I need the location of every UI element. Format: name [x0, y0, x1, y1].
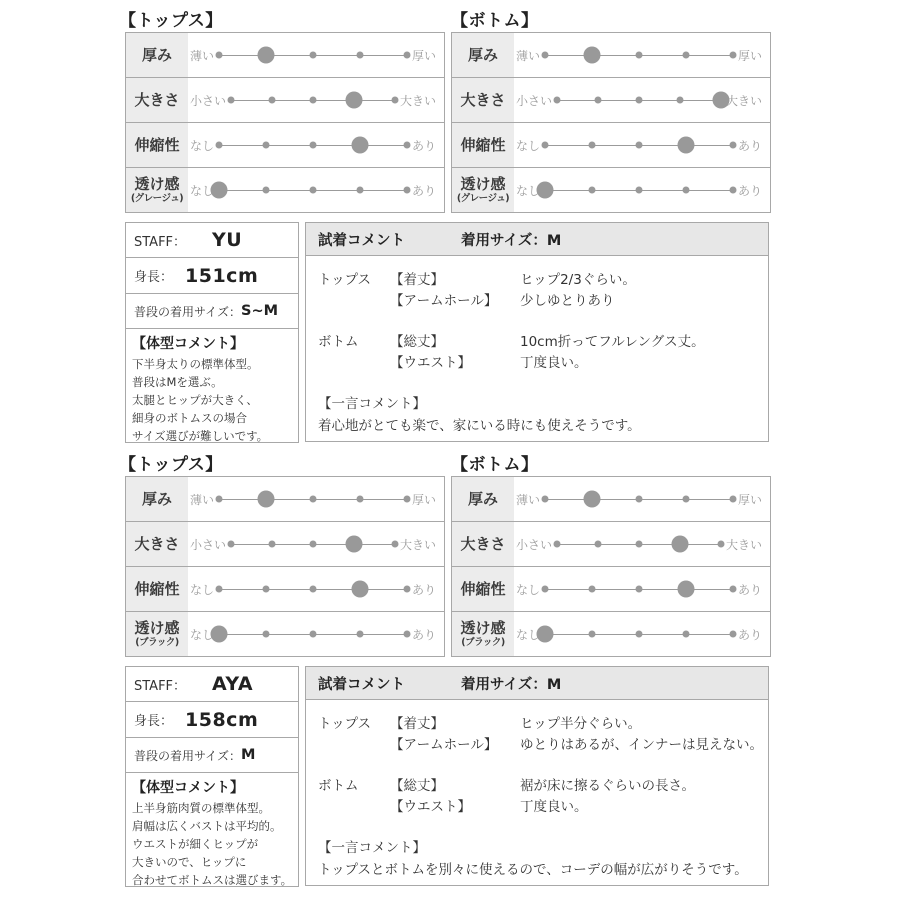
- tops-panel-title: 【トップス】: [119, 6, 223, 31]
- rating-dots: [545, 123, 733, 167]
- rating-dot: [310, 142, 317, 149]
- rating-row-label: 透け感(グレージュ): [452, 168, 514, 212]
- usual-size-label: 普段の着用サイズ：: [134, 303, 241, 320]
- rating-dots: [219, 168, 407, 212]
- scale-max-label: あり: [412, 137, 436, 154]
- comment-texts: ヒップ半分ぐらい。ゆとりはあるが、インナーは見えない。: [520, 714, 764, 756]
- rating-dot: [554, 541, 561, 548]
- usual-size-label: 普段の着用サイズ：: [134, 747, 241, 764]
- row-label-text: 伸縮性: [460, 137, 505, 154]
- selected-rating-dot: [537, 182, 554, 199]
- rating-dot: [682, 631, 689, 638]
- rating-row-sheerness: 透け感(グレージュ) なしあり: [452, 168, 770, 212]
- rating-dots: [219, 612, 407, 656]
- comment-part: 【着丈】: [390, 270, 520, 291]
- rating-dot: [356, 631, 363, 638]
- scale-min-label: 小さい: [190, 92, 226, 109]
- one-word-comment: 【一言コメント】 トップスとボトムを別々に使えるので、コーデの幅が広がりそうです…: [318, 838, 764, 881]
- rating-dots: [231, 78, 395, 122]
- comment-part: 【ウエスト】: [390, 353, 520, 374]
- scale-max-label: あり: [412, 182, 436, 199]
- rating-dot: [216, 496, 223, 503]
- one-word-comment-text: トップスとボトムを別々に使えるので、コーデの幅が広がりそうです。: [318, 860, 764, 881]
- staff-info-table: STAFF：YU 身長：151cm 普段の着用サイズ：S~M 【体型コメント】 …: [125, 222, 299, 443]
- rating-dot: [391, 541, 398, 548]
- rating-dot: [263, 142, 270, 149]
- row-label-text: 透け感: [134, 620, 179, 637]
- comment-part: 【総丈】: [390, 332, 520, 353]
- row-label-sub: (ブラック): [135, 638, 179, 648]
- rating-dot: [682, 52, 689, 59]
- comment-text: 丁度良い。: [520, 353, 764, 374]
- rating-dot: [356, 187, 363, 194]
- rating-dot: [595, 97, 602, 104]
- rating-dot: [729, 52, 736, 59]
- scale-min-label: 薄い: [190, 491, 214, 508]
- body-type-comment: 【体型コメント】 下半身太りの標準体型。 普段はMを選ぶ。 太腿とヒップが大きく…: [126, 329, 298, 442]
- selected-rating-dot: [351, 137, 368, 154]
- tops-rating-panel: 厚み 薄い厚い 大きさ 小さい大きい 伸縮性 なしあり 透け感(ブラック) なし…: [125, 476, 445, 657]
- comment-texts: ヒップ2/3ぐらい。少しゆとりあり: [520, 270, 764, 312]
- selected-rating-dot: [211, 182, 228, 199]
- rating-row-thickness: 厚み 薄い厚い: [126, 477, 444, 522]
- comment-part: 【着丈】: [390, 714, 520, 735]
- row-label-text: 大きさ: [460, 536, 505, 553]
- comment-item-label: ボトム: [318, 332, 390, 374]
- rating-dots: [545, 477, 733, 521]
- rating-dot: [228, 97, 235, 104]
- rating-dots: [219, 477, 407, 521]
- rating-dots: [545, 168, 733, 212]
- scale-min-label: 小さい: [516, 536, 552, 553]
- staff-name-row: STAFF：YU: [126, 223, 298, 258]
- rating-dot: [403, 52, 410, 59]
- staff-review-section-aya: 【トップス】 【ボトム】 厚み 薄い厚い 大きさ 小さい大きい 伸縮性 なしあり…: [0, 450, 900, 894]
- scale-min-label: なし: [516, 581, 540, 598]
- body-type-line: 下半身太りの標準体型。: [132, 355, 293, 373]
- rating-dot: [542, 52, 549, 59]
- staff-usual-size-row: 普段の着用サイズ：S~M: [126, 294, 298, 329]
- tops-comment-group: トップス 【着丈】【アームホール】 ヒップ2/3ぐらい。少しゆとりあり: [318, 270, 764, 312]
- rating-dot: [310, 97, 317, 104]
- comment-part-labels: 【着丈】【アームホール】: [390, 270, 520, 312]
- rating-dot: [589, 631, 596, 638]
- rating-scale: 薄い厚い: [514, 33, 770, 77]
- scale-min-label: なし: [190, 581, 214, 598]
- body-type-line: サイズ選びが難しいです。: [132, 427, 293, 445]
- selected-rating-dot: [584, 47, 601, 64]
- scale-max-label: 大きい: [400, 92, 436, 109]
- body-type-line: 大きいので、ヒップに: [132, 853, 293, 871]
- rating-scale: 小さい大きい: [514, 78, 770, 122]
- height-value: 158cm: [185, 709, 258, 731]
- rating-row-thickness: 厚み 薄い厚い: [452, 33, 770, 78]
- rating-dot: [263, 586, 270, 593]
- scale-min-label: 薄い: [516, 491, 540, 508]
- rating-scale: なしあり: [188, 168, 444, 212]
- row-label-text: 大きさ: [460, 92, 505, 109]
- rating-dot: [636, 541, 643, 548]
- comment-texts: 裾が床に擦るぐらいの長さ。丁度良い。: [520, 776, 764, 818]
- fitting-comment-title: 試着コメント: [318, 229, 405, 250]
- scale-min-label: 小さい: [516, 92, 552, 109]
- rating-dot: [356, 52, 363, 59]
- rating-dot: [729, 142, 736, 149]
- rating-row-label: 伸縮性: [452, 567, 514, 611]
- scale-max-label: あり: [738, 182, 762, 199]
- rating-dot: [554, 97, 561, 104]
- row-label-text: 透け感: [460, 620, 505, 637]
- rating-dot: [636, 631, 643, 638]
- rating-row-label: 透け感(ブラック): [452, 612, 514, 656]
- rating-row-label: 伸縮性: [126, 123, 188, 167]
- selected-rating-dot: [712, 92, 729, 109]
- rating-dot: [636, 52, 643, 59]
- rating-scale: なしあり: [188, 567, 444, 611]
- rating-dot: [310, 496, 317, 503]
- body-type-line: 細身のボトムスの場合: [132, 409, 293, 427]
- one-word-comment-text: 着心地がとても楽で、家にいる時にも使えそうです。: [318, 416, 764, 437]
- scale-min-label: 小さい: [190, 536, 226, 553]
- rating-dot: [310, 187, 317, 194]
- row-label-text: 厚み: [142, 47, 172, 64]
- selected-rating-dot: [345, 92, 362, 109]
- staff-height-row: 身長：151cm: [126, 258, 298, 294]
- row-label-sub: (ブラック): [461, 638, 505, 648]
- rating-dot: [263, 187, 270, 194]
- scale-max-label: あり: [738, 626, 762, 643]
- height-label: 身長：: [134, 266, 173, 285]
- tops-rating-panel: 厚み 薄い厚い 大きさ 小さい大きい 伸縮性 なしあり 透け感(グレージュ) な…: [125, 32, 445, 213]
- staff-usual-size-row: 普段の着用サイズ：M: [126, 738, 298, 773]
- rating-row-label: 厚み: [126, 33, 188, 77]
- rating-dot: [542, 586, 549, 593]
- rating-dot: [636, 496, 643, 503]
- staff-height-row: 身長：158cm: [126, 702, 298, 738]
- rating-dots: [545, 33, 733, 77]
- scale-max-label: あり: [412, 626, 436, 643]
- selected-rating-dot: [345, 536, 362, 553]
- rating-dot: [595, 541, 602, 548]
- rating-dot: [636, 142, 643, 149]
- rating-dots: [219, 123, 407, 167]
- rating-row-label: 大きさ: [452, 522, 514, 566]
- comment-item-label: トップス: [318, 270, 390, 312]
- selected-rating-dot: [677, 581, 694, 598]
- comment-text: ヒップ2/3ぐらい。: [520, 270, 764, 291]
- rating-row-size: 大きさ 小さい大きい: [452, 78, 770, 123]
- row-label-text: 厚み: [468, 47, 498, 64]
- rating-dot: [542, 496, 549, 503]
- comment-part-labels: 【総丈】【ウエスト】: [390, 776, 520, 818]
- comment-text: 10cm折ってフルレングス丈。: [520, 332, 764, 353]
- selected-rating-dot: [351, 581, 368, 598]
- comment-part: 【総丈】: [390, 776, 520, 797]
- rating-dot: [682, 187, 689, 194]
- rating-dot: [589, 187, 596, 194]
- rating-dots: [557, 78, 721, 122]
- rating-row-label: 大きさ: [126, 522, 188, 566]
- comment-part-labels: 【着丈】【アームホール】: [390, 714, 520, 756]
- fitting-comment-box: 試着コメント着用サイズ：M トップス 【着丈】【アームホール】 ヒップ半分ぐらい…: [305, 666, 769, 886]
- rating-row-label: 大きさ: [452, 78, 514, 122]
- staff-name: AYA: [212, 673, 253, 695]
- body-type-line: 上半身筋肉質の標準体型。: [132, 799, 293, 817]
- rating-row-sheerness: 透け感(ブラック) なしあり: [126, 612, 444, 656]
- scale-min-label: 薄い: [516, 47, 540, 64]
- rating-scale: 薄い厚い: [188, 477, 444, 521]
- staff-label: STAFF：: [134, 231, 186, 250]
- usual-size-value: S~M: [241, 303, 278, 319]
- rating-row-stretch: 伸縮性 なしあり: [126, 567, 444, 612]
- comment-part-labels: 【総丈】【ウエスト】: [390, 332, 520, 374]
- rating-dot: [216, 586, 223, 593]
- body-type-line: 普段はMを選ぶ。: [132, 373, 293, 391]
- one-word-comment-title: 【一言コメント】: [318, 394, 764, 415]
- bottom-panel-title: 【ボトム】: [451, 6, 539, 31]
- bottom-panel-title: 【ボトム】: [451, 450, 539, 475]
- row-label-text: 厚み: [142, 491, 172, 508]
- scale-max-label: 大きい: [400, 536, 436, 553]
- scale-max-label: あり: [738, 581, 762, 598]
- comment-part: 【アームホール】: [390, 291, 520, 312]
- rating-scale: なしあり: [514, 612, 770, 656]
- rating-dots: [219, 33, 407, 77]
- rating-dot: [269, 97, 276, 104]
- rating-dot: [589, 142, 596, 149]
- rating-dot: [310, 541, 317, 548]
- rating-scale: なしあり: [514, 123, 770, 167]
- rating-dot: [269, 541, 276, 548]
- one-word-comment: 【一言コメント】 着心地がとても楽で、家にいる時にも使えそうです。: [318, 394, 764, 437]
- comment-text: 裾が床に擦るぐらいの長さ。: [520, 776, 764, 797]
- rating-dot: [310, 586, 317, 593]
- rating-dot: [589, 586, 596, 593]
- bottom-rating-panel: 厚み 薄い厚い 大きさ 小さい大きい 伸縮性 なしあり 透け感(グレージュ) な…: [451, 32, 771, 213]
- rating-row-size: 大きさ 小さい大きい: [126, 522, 444, 567]
- rating-row-label: 伸縮性: [452, 123, 514, 167]
- rating-scale: 小さい大きい: [188, 522, 444, 566]
- comment-text: ゆとりはあるが、インナーは見えない。: [520, 735, 764, 756]
- rating-scale: なしあり: [514, 567, 770, 611]
- rating-dot: [636, 97, 643, 104]
- scale-max-label: 厚い: [738, 491, 762, 508]
- rating-dot: [717, 541, 724, 548]
- fitting-comment-title: 試着コメント: [318, 673, 405, 694]
- rating-row-size: 大きさ 小さい大きい: [452, 522, 770, 567]
- selected-rating-dot: [211, 626, 228, 643]
- bottom-comment-group: ボトム 【総丈】【ウエスト】 10cm折ってフルレングス丈。丁度良い。: [318, 332, 764, 374]
- rating-dot: [729, 496, 736, 503]
- rating-row-label: 厚み: [452, 477, 514, 521]
- rating-scale: なしあり: [188, 123, 444, 167]
- rating-row-sheerness: 透け感(グレージュ) なしあり: [126, 168, 444, 212]
- rating-dot: [682, 496, 689, 503]
- rating-dot: [636, 586, 643, 593]
- rating-dot: [356, 496, 363, 503]
- row-label-text: 伸縮性: [134, 581, 179, 598]
- row-label-text: 大きさ: [134, 92, 179, 109]
- rating-row-sheerness: 透け感(ブラック) なしあり: [452, 612, 770, 656]
- row-label-text: 透け感: [134, 176, 179, 193]
- selected-rating-dot: [258, 491, 275, 508]
- comment-part: 【アームホール】: [390, 735, 520, 756]
- rating-dot: [403, 142, 410, 149]
- comment-text: 丁度良い。: [520, 797, 764, 818]
- scale-min-label: なし: [190, 137, 214, 154]
- tops-comment-group: トップス 【着丈】【アームホール】 ヒップ半分ぐらい。ゆとりはあるが、インナーは…: [318, 714, 764, 756]
- comment-texts: 10cm折ってフルレングス丈。丁度良い。: [520, 332, 764, 374]
- fitting-comment-body: トップス 【着丈】【アームホール】 ヒップ2/3ぐらい。少しゆとりあり ボトム …: [306, 256, 768, 437]
- bottom-comment-group: ボトム 【総丈】【ウエスト】 裾が床に擦るぐらいの長さ。丁度良い。: [318, 776, 764, 818]
- scale-max-label: 大きい: [726, 536, 762, 553]
- rating-scale: 小さい大きい: [188, 78, 444, 122]
- rating-dot: [228, 541, 235, 548]
- selected-rating-dot: [677, 137, 694, 154]
- one-word-comment-title: 【一言コメント】: [318, 838, 764, 859]
- rating-dot: [403, 586, 410, 593]
- comment-text: ヒップ半分ぐらい。: [520, 714, 764, 735]
- comment-item-label: トップス: [318, 714, 390, 756]
- row-label-sub: (グレージュ): [131, 194, 183, 204]
- selected-rating-dot: [584, 491, 601, 508]
- fitting-comment-body: トップス 【着丈】【アームホール】 ヒップ半分ぐらい。ゆとりはあるが、インナーは…: [306, 700, 768, 881]
- row-label-sub: (グレージュ): [457, 194, 509, 204]
- staff-label: STAFF：: [134, 675, 186, 694]
- rating-row-label: 透け感(ブラック): [126, 612, 188, 656]
- rating-dot: [216, 142, 223, 149]
- scale-min-label: なし: [516, 137, 540, 154]
- row-label-text: 厚み: [468, 491, 498, 508]
- rating-dot: [403, 187, 410, 194]
- body-type-title: 【体型コメント】: [132, 333, 293, 353]
- staff-name-row: STAFF：AYA: [126, 667, 298, 702]
- scale-max-label: 厚い: [412, 47, 436, 64]
- rating-dot: [310, 631, 317, 638]
- fitting-comment-header: 試着コメント着用サイズ：M: [306, 667, 768, 700]
- rating-dots: [545, 612, 733, 656]
- rating-dot: [310, 52, 317, 59]
- fitting-comment-header: 試着コメント着用サイズ：M: [306, 223, 768, 256]
- rating-row-stretch: 伸縮性 なしあり: [452, 567, 770, 612]
- rating-dot: [729, 586, 736, 593]
- rating-dots: [545, 567, 733, 611]
- rating-scale: なしあり: [188, 612, 444, 656]
- staff-name: YU: [212, 229, 242, 251]
- height-label: 身長：: [134, 710, 173, 729]
- rating-dot: [403, 631, 410, 638]
- body-type-title: 【体型コメント】: [132, 777, 293, 797]
- scale-max-label: 厚い: [738, 47, 762, 64]
- wearing-size: 着用サイズ：M: [461, 229, 561, 250]
- comment-text: 少しゆとりあり: [520, 291, 764, 312]
- bottom-rating-panel: 厚み 薄い厚い 大きさ 小さい大きい 伸縮性 なしあり 透け感(ブラック) なし…: [451, 476, 771, 657]
- body-type-line: 合わせてボトムスは選びます。: [132, 871, 293, 889]
- row-label-text: 伸縮性: [460, 581, 505, 598]
- selected-rating-dot: [671, 536, 688, 553]
- rating-dot: [729, 631, 736, 638]
- scale-max-label: 大きい: [726, 92, 762, 109]
- rating-dot: [542, 142, 549, 149]
- rating-row-thickness: 厚み 薄い厚い: [126, 33, 444, 78]
- row-label-text: 透け感: [460, 176, 505, 193]
- rating-row-thickness: 厚み 薄い厚い: [452, 477, 770, 522]
- rating-dot: [729, 187, 736, 194]
- fitting-comment-box: 試着コメント着用サイズ：M トップス 【着丈】【アームホール】 ヒップ2/3ぐら…: [305, 222, 769, 442]
- body-type-line: ウエストが細くヒップが: [132, 835, 293, 853]
- rating-row-label: 大きさ: [126, 78, 188, 122]
- rating-row-label: 厚み: [126, 477, 188, 521]
- rating-dot: [403, 496, 410, 503]
- rating-dot: [391, 97, 398, 104]
- rating-dot: [676, 97, 683, 104]
- comment-item-label: ボトム: [318, 776, 390, 818]
- usual-size-value: M: [241, 747, 255, 763]
- comment-part: 【ウエスト】: [390, 797, 520, 818]
- selected-rating-dot: [537, 626, 554, 643]
- body-type-comment: 【体型コメント】 上半身筋肉質の標準体型。 肩幅は広くバストは平均的。 ウエスト…: [126, 773, 298, 886]
- rating-dots: [231, 522, 395, 566]
- rating-dot: [636, 187, 643, 194]
- scale-max-label: あり: [738, 137, 762, 154]
- staff-review-section-yu: 【トップス】 【ボトム】 厚み 薄い厚い 大きさ 小さい大きい 伸縮性 なしあり…: [0, 6, 900, 450]
- rating-dots: [219, 567, 407, 611]
- row-label-text: 大きさ: [134, 536, 179, 553]
- scale-min-label: 薄い: [190, 47, 214, 64]
- rating-row-stretch: 伸縮性 なしあり: [452, 123, 770, 168]
- rating-row-stretch: 伸縮性 なしあり: [126, 123, 444, 168]
- height-value: 151cm: [185, 265, 258, 287]
- scale-max-label: あり: [412, 581, 436, 598]
- body-type-line: 太腿とヒップが大きく、: [132, 391, 293, 409]
- wearing-size: 着用サイズ：M: [461, 673, 561, 694]
- rating-dot: [216, 52, 223, 59]
- row-label-text: 伸縮性: [134, 137, 179, 154]
- rating-row-size: 大きさ 小さい大きい: [126, 78, 444, 123]
- body-type-line: 肩幅は広くバストは平均的。: [132, 817, 293, 835]
- rating-dots: [557, 522, 721, 566]
- staff-info-table: STAFF：AYA 身長：158cm 普段の着用サイズ：M 【体型コメント】 上…: [125, 666, 299, 887]
- rating-row-label: 伸縮性: [126, 567, 188, 611]
- rating-row-label: 透け感(グレージュ): [126, 168, 188, 212]
- tops-panel-title: 【トップス】: [119, 450, 223, 475]
- rating-scale: 小さい大きい: [514, 522, 770, 566]
- selected-rating-dot: [258, 47, 275, 64]
- rating-scale: 薄い厚い: [514, 477, 770, 521]
- rating-dot: [263, 631, 270, 638]
- rating-scale: なしあり: [514, 168, 770, 212]
- scale-max-label: 厚い: [412, 491, 436, 508]
- rating-row-label: 厚み: [452, 33, 514, 77]
- rating-scale: 薄い厚い: [188, 33, 444, 77]
